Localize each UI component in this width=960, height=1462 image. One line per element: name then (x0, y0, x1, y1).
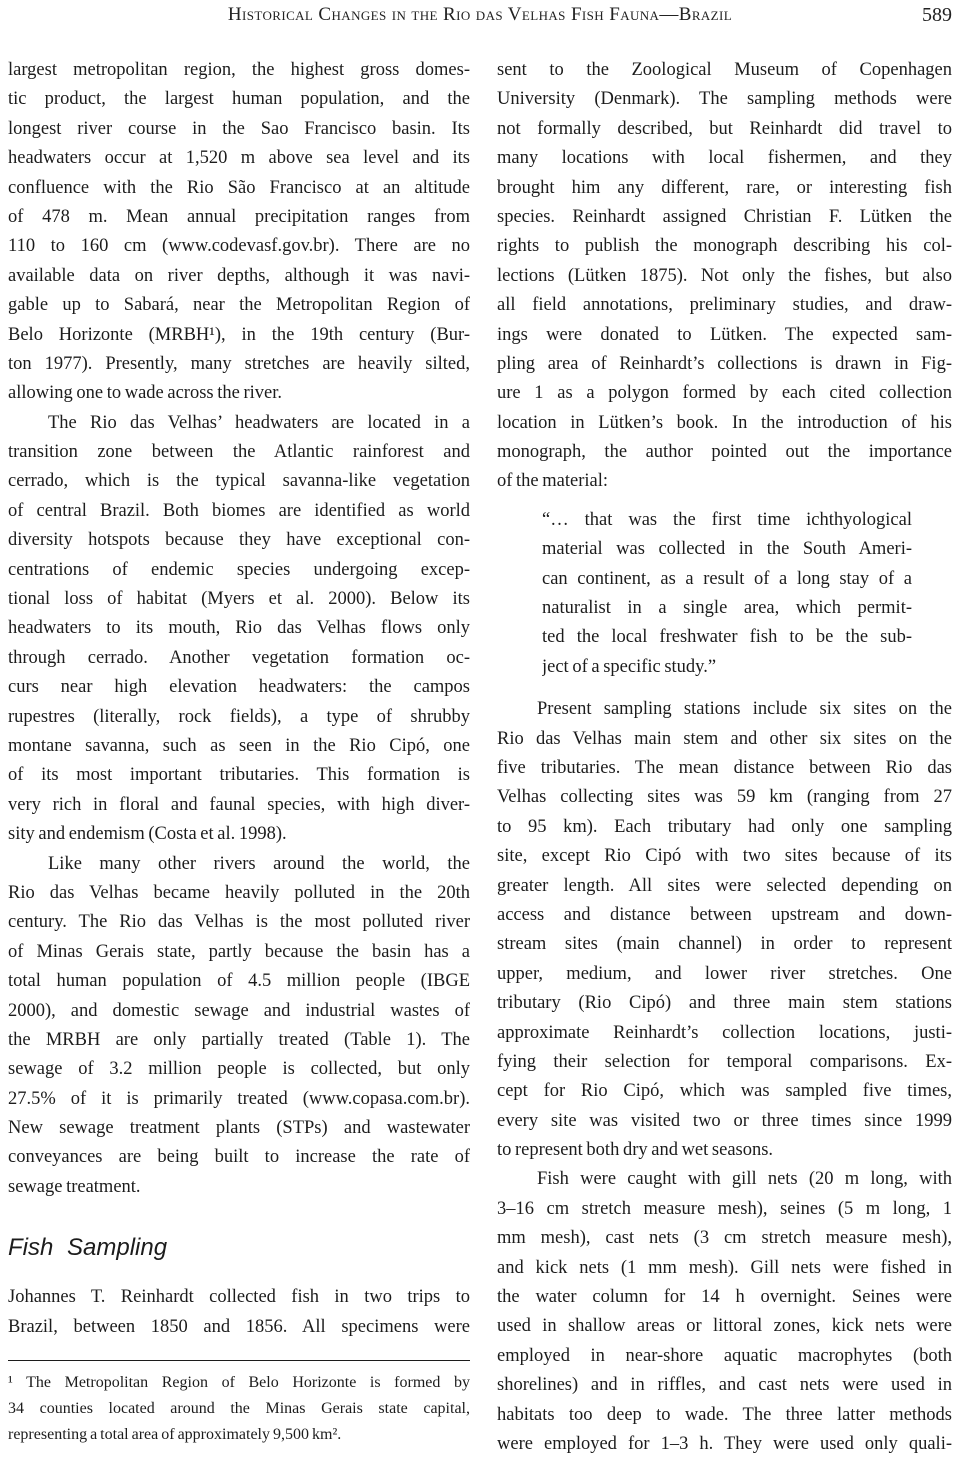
text-line: greater length. All sites were selected … (497, 872, 952, 901)
quote-line: material was collected in the South Amer… (542, 535, 912, 564)
text-line: used in shallow areas or littoral zones,… (497, 1312, 952, 1341)
text-line: site, except Rio Cipó with two sites bec… (497, 842, 952, 871)
text-line: access and distance between upstream and… (497, 901, 952, 930)
text-line: all field annotations, preliminary studi… (497, 291, 952, 320)
text-line: Present sampling stations include six si… (497, 695, 952, 724)
right-column: sent to the Zoological Museum of Copenha… (497, 56, 952, 1459)
text-line: University (Denmark). The sampling metho… (497, 85, 952, 114)
section-heading-fish-sampling: Fish Sampling (8, 1233, 470, 1262)
text-line: location in Lütken’s book. In the introd… (497, 409, 952, 438)
left-body-text: largest metropolitan region, the highest… (8, 56, 470, 1202)
text-line: habitats too deep to wade. The three lat… (497, 1401, 952, 1430)
text-line: New sewage treatment plants (STPs) and w… (8, 1114, 470, 1143)
footnote-line: representing a total area of approximate… (8, 1422, 470, 1448)
text-line: curs near high elevation headwaters: the… (8, 673, 470, 702)
text-line: conveyances are being built to increase … (8, 1143, 470, 1172)
text-line: allowing one to wade across the river. (8, 379, 470, 408)
text-line: The Rio das Velhas’ headwaters are locat… (8, 409, 470, 438)
text-line: sent to the Zoological Museum of Copenha… (497, 56, 952, 85)
text-line: rupestres (literally, rock fields), a ty… (8, 703, 470, 732)
text-line: ure 1 as a polygon formed by each cited … (497, 379, 952, 408)
text-line: pling area of Reinhardt’s collections is… (497, 350, 952, 379)
text-line: sity and endemism (Costa et al. 1998). (8, 820, 470, 849)
text-line: sewage of 3.2 million people is collecte… (8, 1055, 470, 1084)
text-line: the MRBH are only partially treated (Tab… (8, 1026, 470, 1055)
footnote-text: ¹ The Metropolitan Region of Belo Horizo… (8, 1370, 470, 1448)
text-line: available data on river depths, although… (8, 262, 470, 291)
footnote-divider (8, 1360, 470, 1361)
block-quote-text: “… that was the first time ichthyologica… (542, 506, 912, 682)
running-head-title: Historical Changes in the Rio das Velhas… (0, 4, 960, 26)
text-line: brought him any different, rare, or inte… (497, 174, 952, 203)
right-body-text: sent to the Zoological Museum of Copenha… (497, 56, 952, 497)
text-line: cerrado, which is the typical savanna-li… (8, 467, 470, 496)
quote-line: naturalist in a single area, which permi… (542, 594, 912, 623)
text-line: five tributaries. The mean distance betw… (497, 754, 952, 783)
footnote-line: ¹ The Metropolitan Region of Belo Horizo… (8, 1370, 470, 1396)
text-line: headwaters occur at 1,520 m above sea le… (8, 144, 470, 173)
text-line: 2000), and domestic sewage and industria… (8, 997, 470, 1026)
text-line: largest metropolitan region, the highest… (8, 56, 470, 85)
left-column: largest metropolitan region, the highest… (8, 56, 470, 1448)
text-line: stream sites (main channel) in order to … (497, 930, 952, 959)
page-number: 589 (922, 4, 952, 27)
text-line: Velhas collecting sites was 59 km (rangi… (497, 783, 952, 812)
text-line: approximate Reinhardt’s collection locat… (497, 1019, 952, 1048)
text-line: through cerrado. Another vegetation form… (8, 644, 470, 673)
fish-sampling-text: Johannes T. Reinhardt collected fish in … (8, 1283, 470, 1342)
quote-line: can continent, as a result of a long sta… (542, 565, 912, 594)
footnote: ¹ The Metropolitan Region of Belo Horizo… (8, 1360, 470, 1448)
text-line: Rio das Velhas main stem and other six s… (497, 725, 952, 754)
text-line: mm mesh), cast nets (3 cm stretch measur… (497, 1224, 952, 1253)
text-line: upper, medium, and lower river stretches… (497, 960, 952, 989)
text-line: tional loss of habitat (Myers et al. 200… (8, 585, 470, 614)
text-line: shorelines) and in riffles, and cast net… (497, 1371, 952, 1400)
text-line: species. Reinhardt assigned Christian F.… (497, 203, 952, 232)
text-line: cept for Rio Cipó, which was sampled fiv… (497, 1077, 952, 1106)
text-line: of the material: (497, 467, 952, 496)
text-line: Brazil, between 1850 and 1856. All speci… (8, 1313, 470, 1342)
text-line: longest river course in the Sao Francisc… (8, 115, 470, 144)
text-line: headwaters to its mouth, Rio das Velhas … (8, 614, 470, 643)
text-line: lections (Lütken 1875). Not only the fis… (497, 262, 952, 291)
text-line: centrations of endemic species undergoin… (8, 556, 470, 585)
text-line: fying their selection for temporal compa… (497, 1048, 952, 1077)
text-line: Like many other rivers around the world,… (8, 850, 470, 879)
text-line: sewage treatment. (8, 1173, 470, 1202)
text-line: were employed for 1–3 h. They were used … (497, 1430, 952, 1459)
text-line: Belo Horizonte (MRBH¹), in the 19th cent… (8, 321, 470, 350)
text-line: diversity hotspots because they have exc… (8, 526, 470, 555)
text-line: 27.5% of it is primarily treated (www.co… (8, 1085, 470, 1114)
text-line: transition zone between the Atlantic rai… (8, 438, 470, 467)
text-line: very rich in floral and faunal species, … (8, 791, 470, 820)
text-line: to 95 km). Each tributary had only one s… (497, 813, 952, 842)
text-line: many locations with local fishermen, and… (497, 144, 952, 173)
text-line: ings were donated to Lütken. The expecte… (497, 321, 952, 350)
text-line: total human population of 4.5 million pe… (8, 967, 470, 996)
text-line: Johannes T. Reinhardt collected fish in … (8, 1283, 470, 1312)
text-line: 3–16 cm stretch measure mesh), seines (5… (497, 1195, 952, 1224)
text-line: employed in near-shore aquatic macrophyt… (497, 1342, 952, 1371)
text-line: Rio das Velhas became heavily polluted i… (8, 879, 470, 908)
text-line: 110 to 160 cm (www.codevasf.gov.br). The… (8, 232, 470, 261)
page: Historical Changes in the Rio das Velhas… (0, 0, 960, 1462)
text-line: monograph, the author pointed out the im… (497, 438, 952, 467)
text-line: rights to publish the monograph describi… (497, 232, 952, 261)
text-line: tic product, the largest human populatio… (8, 85, 470, 114)
text-line: of Minas Gerais state, partly because th… (8, 938, 470, 967)
quote-line: ject of a specific study.” (542, 653, 912, 682)
text-line: not formally described, but Reinhardt di… (497, 115, 952, 144)
text-line: ton 1977). Presently, many stretches are… (8, 350, 470, 379)
quote-line: ted the local freshwater fish to be the … (542, 623, 912, 652)
text-line: century. The Rio das Velhas is the most … (8, 908, 470, 937)
text-line: and kick nets (1 mm mesh). Gill nets wer… (497, 1254, 952, 1283)
text-line: to represent both dry and wet seasons. (497, 1136, 952, 1165)
text-line: tributary (Rio Cipó) and three main stem… (497, 989, 952, 1018)
text-line: Fish were caught with gill nets (20 m lo… (497, 1165, 952, 1194)
text-line: every site was visited two or three time… (497, 1107, 952, 1136)
quote-line: “… that was the first time ichthyologica… (542, 506, 912, 535)
text-line: confluence with the Rio São Francisco at… (8, 174, 470, 203)
text-line: gable up to Sabará, near the Metropolita… (8, 291, 470, 320)
text-line: of central Brazil. Both biomes are ident… (8, 497, 470, 526)
text-line: of 478 m. Mean annual precipitation rang… (8, 203, 470, 232)
footnote-line: 34 counties located around the Minas Ger… (8, 1396, 470, 1422)
text-line: the water column for 14 h overnight. Sei… (497, 1283, 952, 1312)
block-quote: “… that was the first time ichthyologica… (542, 506, 912, 682)
text-line: montane savanna, such as seen in the Rio… (8, 732, 470, 761)
text-line: of its most important tributaries. This … (8, 761, 470, 790)
right-body-text-2: Present sampling stations include six si… (497, 695, 952, 1459)
